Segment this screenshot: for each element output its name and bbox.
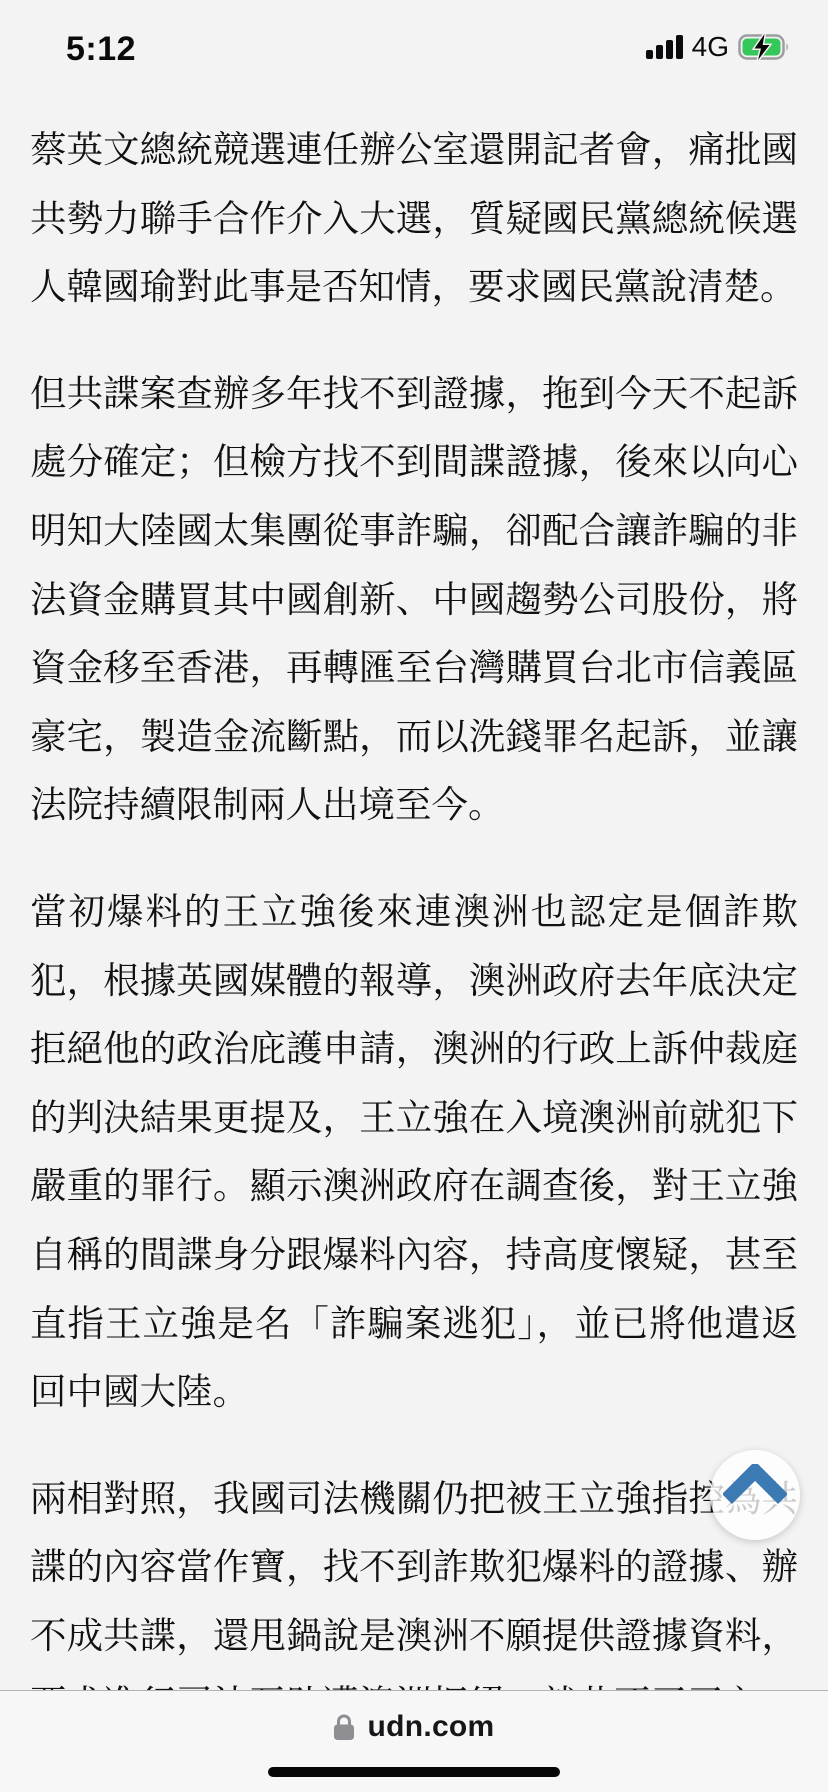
article-paragraph: 當初爆料的王立強後來連澳洲也認定是個詐欺犯，根據英國媒體的報導，澳洲政府去年底決… [30,878,798,1427]
network-type-label: 4G [692,31,729,63]
article-body: 蔡英文總統競選連任辦公室還開記者會，痛批國共勢力聯手合作介入大選，質疑國民黨總統… [30,116,798,1777]
url-domain-label: udn.com [367,1710,494,1744]
battery-charging-icon [738,33,792,61]
status-time: 5:12 [66,30,136,69]
lock-icon [333,1713,355,1741]
browser-bottom-bar: udn.com [0,1690,828,1792]
chevron-up-icon [723,1450,787,1504]
status-indicators: 4G [646,32,792,62]
article-paragraph: 蔡英文總統競選連任辦公室還開記者會，痛批國共勢力聯手合作介入大選，質疑國民黨總統… [30,116,798,322]
scroll-to-top-button[interactable] [710,1450,800,1540]
url-bar[interactable]: udn.com [0,1707,828,1747]
cellular-signal-icon [646,35,683,59]
status-bar: 5:12 4G [0,0,828,88]
home-indicator[interactable] [268,1767,560,1777]
article-paragraph: 但共諜案查辦多年找不到證據，拖到今天不起訴處分確定；但檢方找不到間諜證據，後來以… [30,360,798,840]
